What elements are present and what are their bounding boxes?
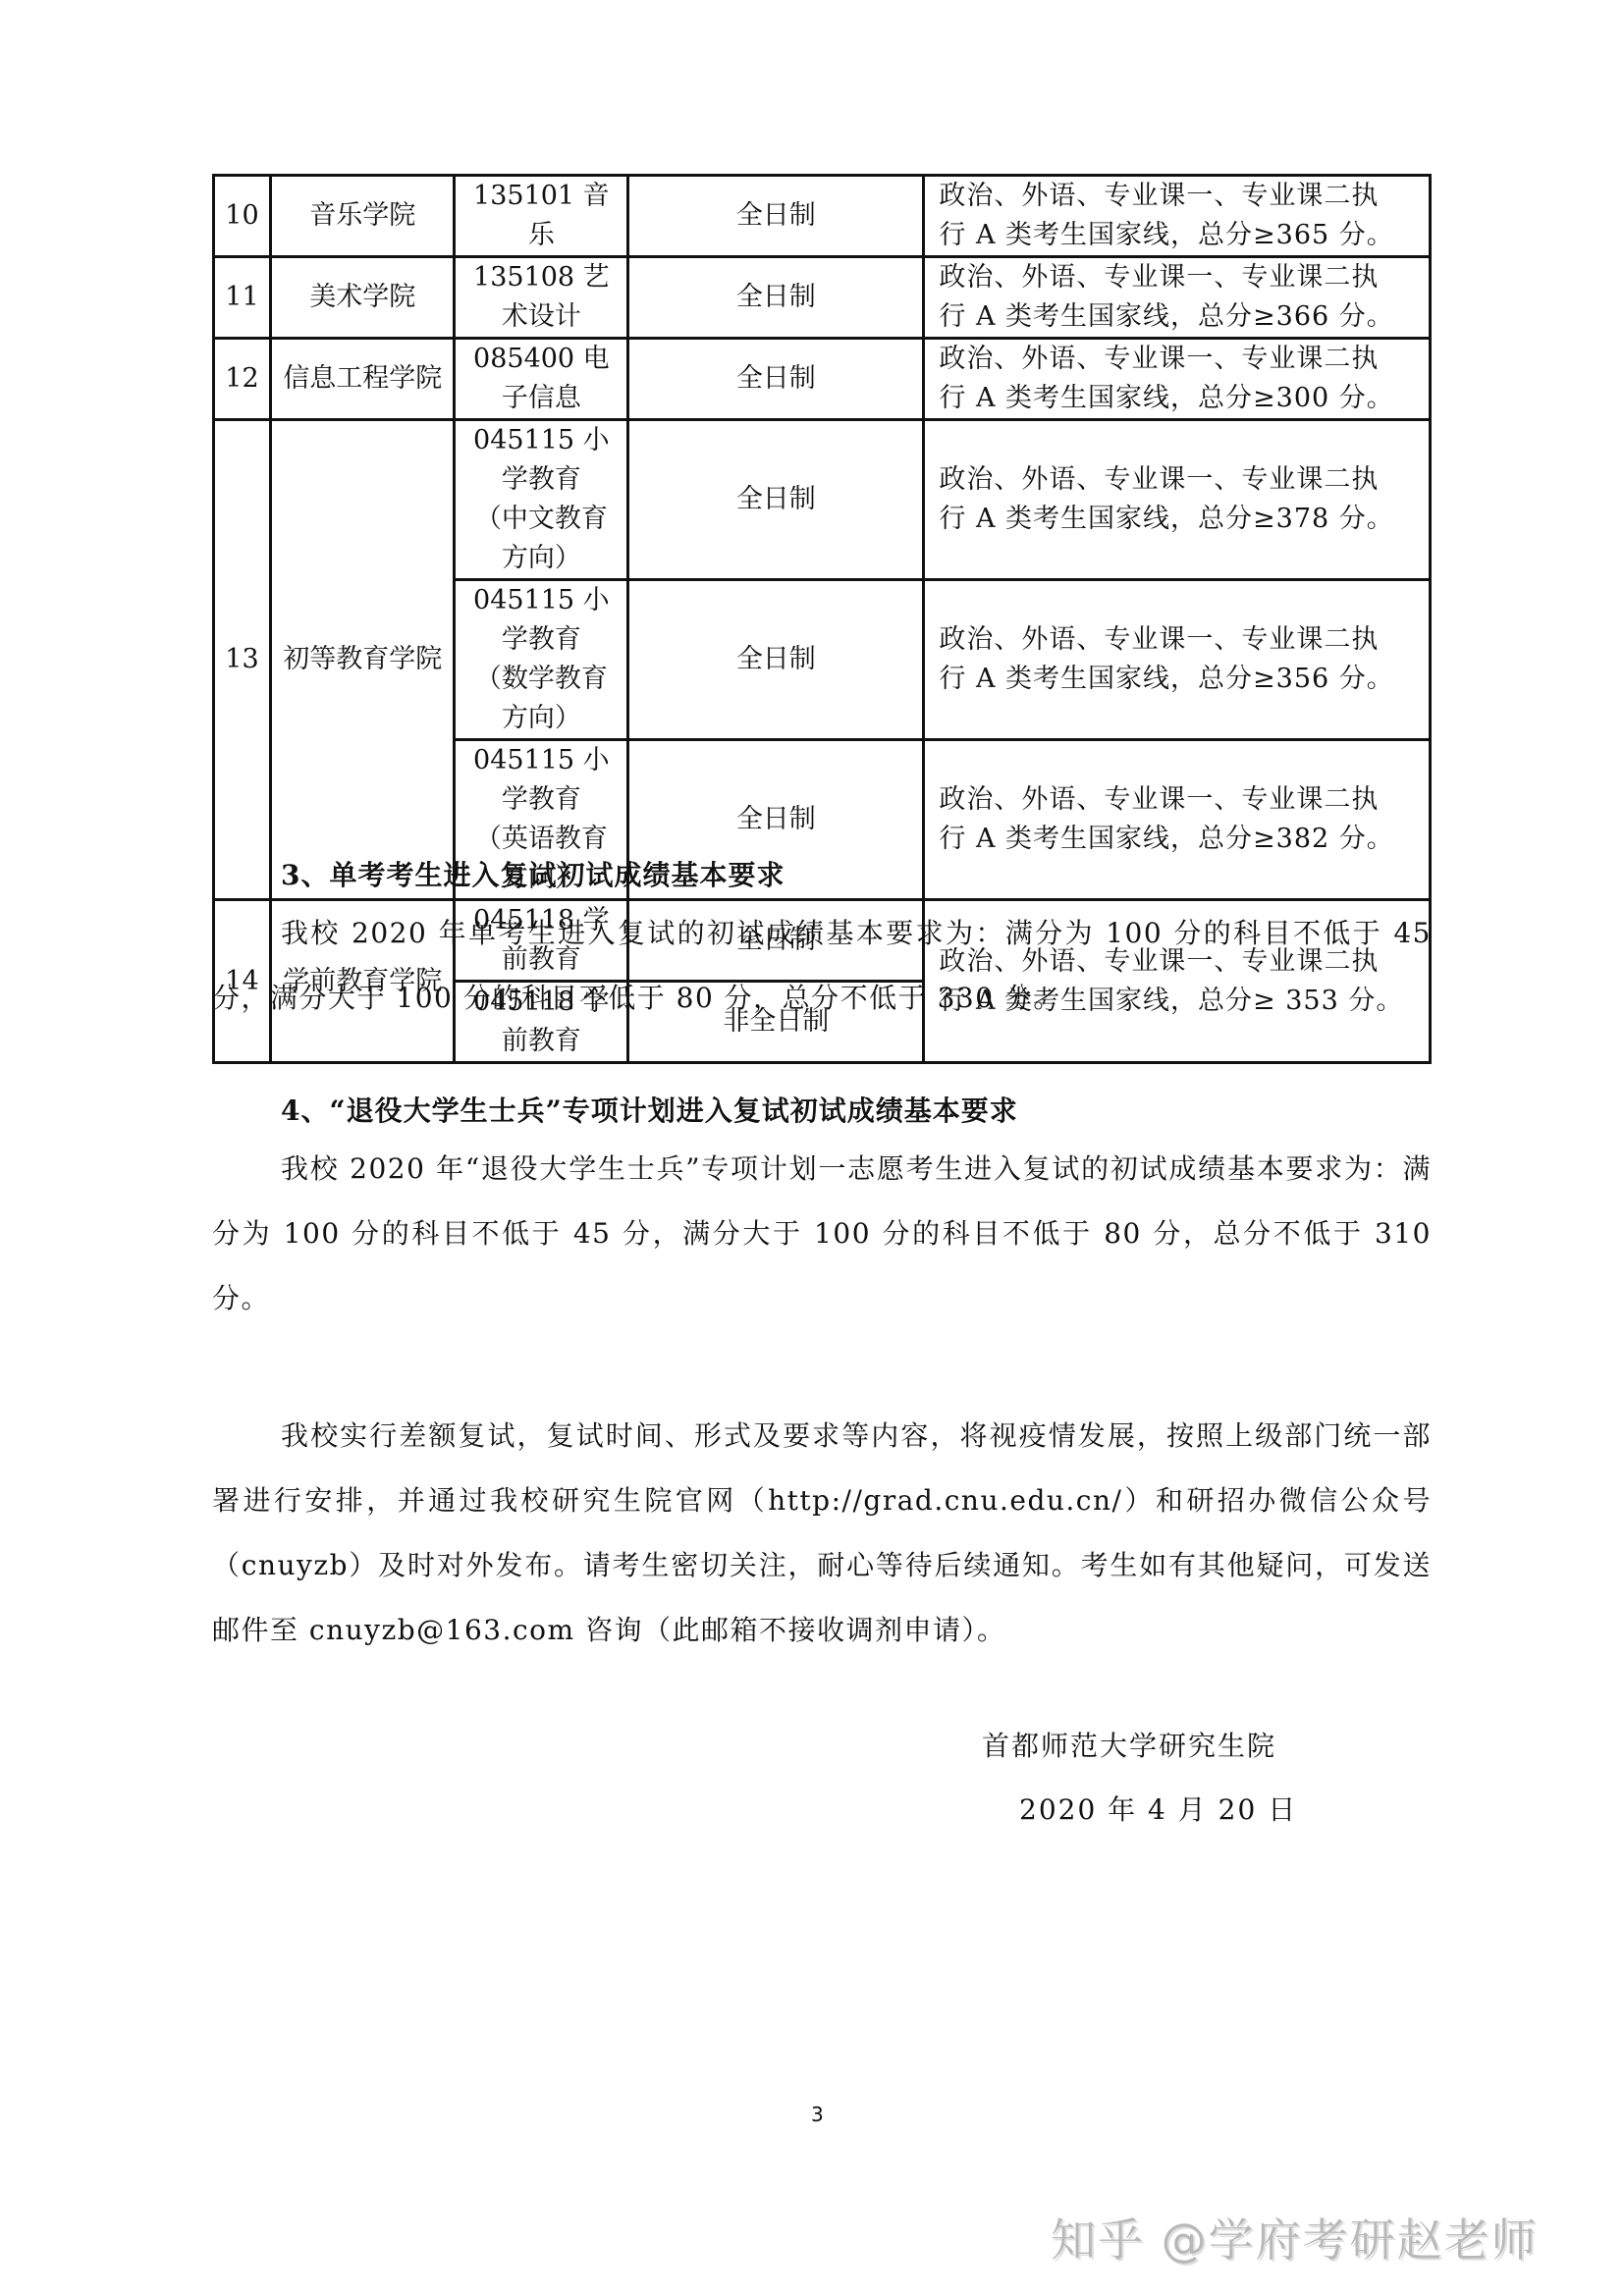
study-mode: 全日制 (628, 176, 924, 257)
requirement-cell: 政治、外语、专业课一、专业课二执行 A 类考生国家线，总分≥366 分。 (924, 257, 1431, 339)
requirement-cell: 政治、外语、专业课一、专业课二执行 A 类考生国家线，总分≥356 分。 (924, 580, 1431, 740)
watermark: 知乎 @学府考研赵老师 (1051, 2205, 1539, 2269)
requirement-cell: 政治、外语、专业课一、专业课二执行 A 类考生国家线，总分≥378 分。 (924, 420, 1431, 580)
closing-paragraph: 我校实行差额复试，复试时间、形式及要求等内容，将视疫情发展，按照上级部门统一部署… (212, 1404, 1432, 1663)
signature-date: 2020 年 4 月 20 日 (1019, 1789, 1297, 1828)
major-cell: 135101 音乐 (455, 176, 628, 257)
major-cell: 085400 电子信息 (455, 339, 628, 420)
row-number: 12 (214, 339, 271, 420)
table-row: 11 美术学院 135108 艺术设计 全日制 政治、外语、专业课一、专业课二执… (214, 257, 1431, 339)
row-number: 10 (214, 176, 271, 257)
major-cell: 045115 小学教育（中文教育方向） (455, 420, 628, 580)
study-mode: 全日制 (628, 580, 924, 740)
college-name: 初等教育学院 (270, 420, 455, 900)
requirement-cell: 政治、外语、专业课一、专业课二执行 A 类考生国家线，总分≥300 分。 (924, 339, 1431, 420)
row-number: 13 (214, 420, 271, 900)
college-name: 美术学院 (270, 257, 455, 339)
college-name: 音乐学院 (270, 176, 455, 257)
table-row: 10 音乐学院 135101 音乐 全日制 政治、外语、专业课一、专业课二执行 … (214, 176, 1431, 257)
study-mode: 全日制 (628, 339, 924, 420)
section-4-heading: 4、“退役大学生士兵”专项计划进入复试初试成绩基本要求 (281, 1090, 1018, 1129)
signature-organization: 首都师范大学研究生院 (982, 1725, 1276, 1764)
table-row: 13 初等教育学院 045115 小学教育（中文教育方向） 全日制 政治、外语、… (214, 420, 1431, 580)
study-mode: 全日制 (628, 420, 924, 580)
section-3-body: 我校 2020 年单考生进入复试的初试成绩基本要求为：满分为 100 分的科目不… (212, 901, 1432, 1031)
section-4-body: 我校 2020 年“退役大学生士兵”专项计划一志愿考生进入复试的初试成绩基本要求… (212, 1137, 1432, 1331)
study-mode: 全日制 (628, 257, 924, 339)
page-number: 3 (811, 2103, 824, 2126)
table-row: 12 信息工程学院 085400 电子信息 全日制 政治、外语、专业课一、专业课… (214, 339, 1431, 420)
major-cell: 045115 小学教育（数学教育方向） (455, 580, 628, 740)
requirement-cell: 政治、外语、专业课一、专业课二执行 A 类考生国家线，总分≥382 分。 (924, 740, 1431, 900)
major-cell: 135108 艺术设计 (455, 257, 628, 339)
college-name: 信息工程学院 (270, 339, 455, 420)
requirement-cell: 政治、外语、专业课一、专业课二执行 A 类考生国家线，总分≥365 分。 (924, 176, 1431, 257)
section-3-heading: 3、单考考生进入复试初试成绩基本要求 (281, 854, 785, 893)
row-number: 11 (214, 257, 271, 339)
